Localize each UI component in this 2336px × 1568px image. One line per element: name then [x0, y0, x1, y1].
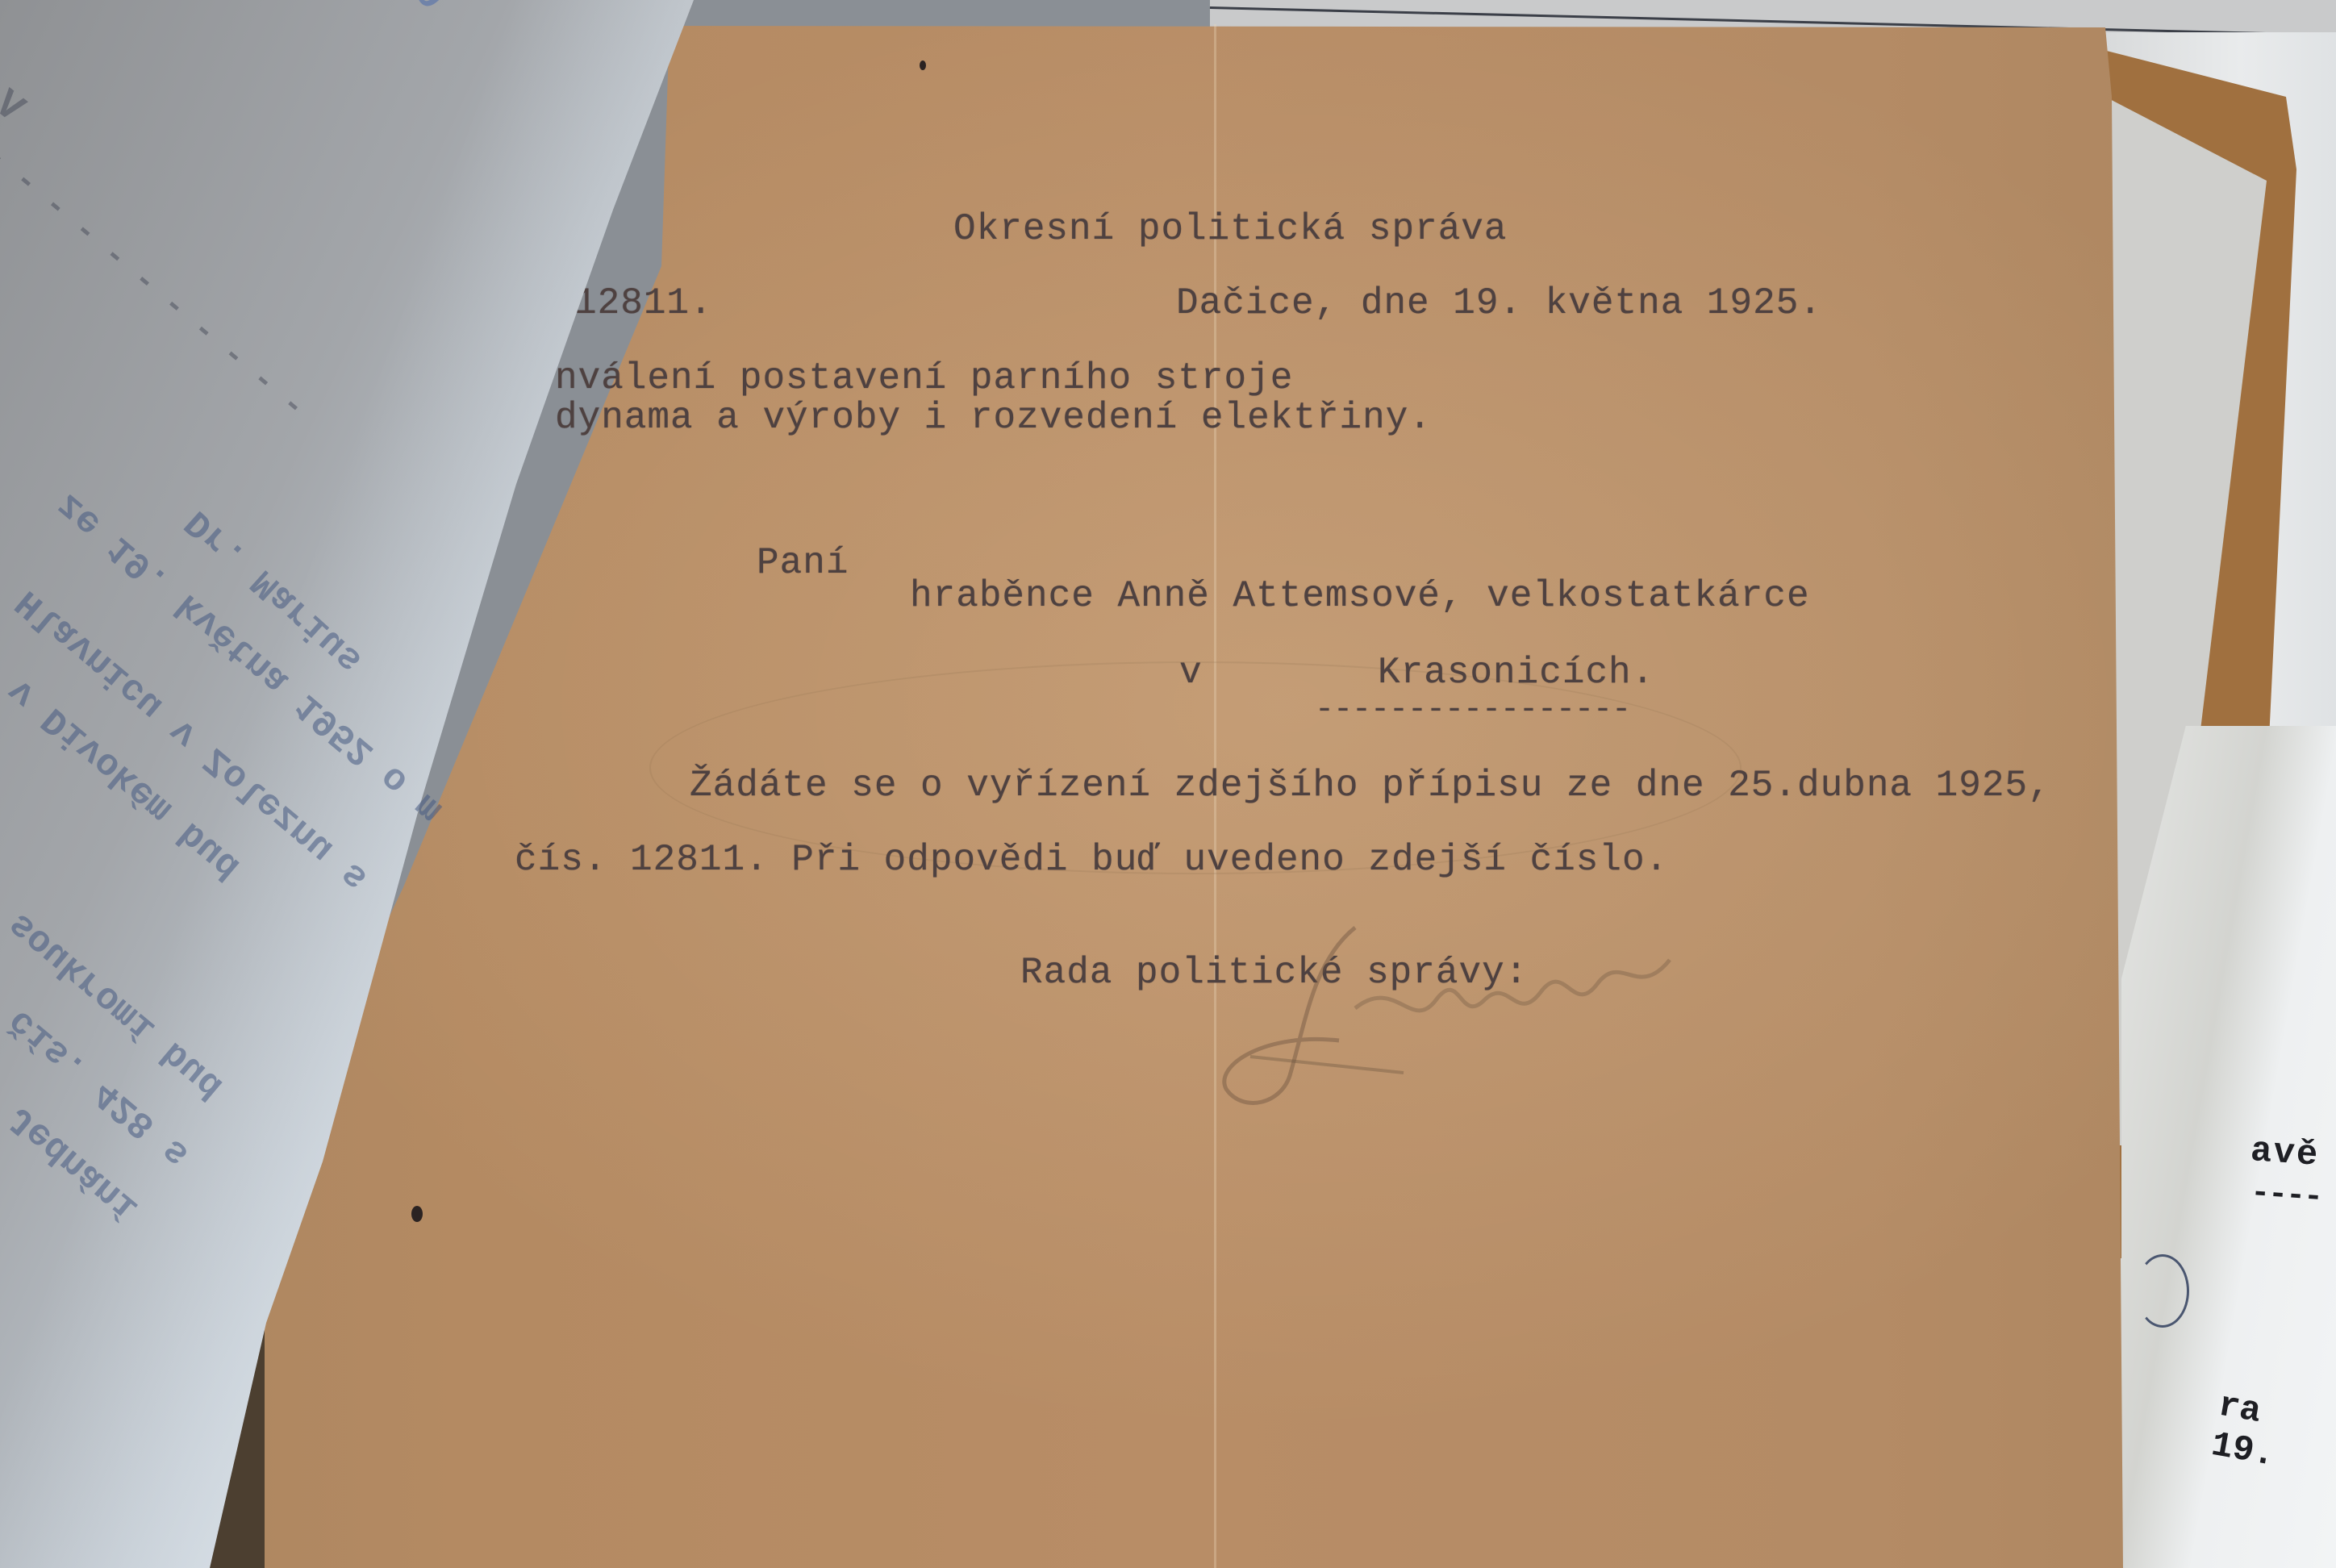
letter-body-line-2: čís. 12811. Při odpovědi buď uvedeno zde… [515, 839, 1668, 881]
letter-office-heading: Okresní politická správa [953, 208, 1508, 250]
letter-in-word: v [1179, 652, 1203, 694]
letter-place-date: Dačice, dne 19. května 1925. [1176, 282, 1822, 324]
pencil-circle-mark [2136, 1254, 2189, 1328]
letter-body-line-1: Žádáte se o vyřízení zdejšího přípisu ze… [690, 765, 2051, 807]
letter-subject-line-2: dynama a výroby i rozvedení elektřiny. [555, 397, 1432, 439]
ink-spot [411, 1206, 423, 1222]
letter-town: Krasonicích. [1378, 652, 1654, 694]
letter-addressee: hraběnce Anně Attemsové, velkostatkárce [910, 575, 1810, 617]
background-typed-fragment: avě [2249, 1131, 2320, 1176]
letter-salutation: Paní [757, 542, 849, 584]
letter-subject-line-1: nválení postavení parního stroje [555, 357, 1293, 399]
background-typed-underline: ---- [2250, 1175, 2323, 1216]
handwritten-signature [1218, 911, 1799, 1121]
town-underline-dashes: ----------------- [1315, 692, 1630, 728]
letter-reference-number: 12811. [574, 282, 713, 324]
ink-spot [920, 60, 926, 70]
